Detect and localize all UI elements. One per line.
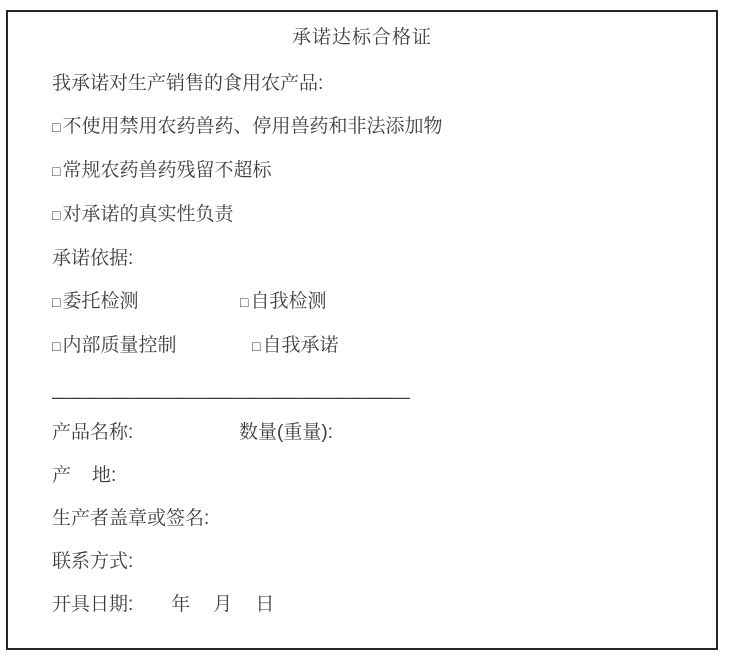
commitment-label: 不使用禁用农药兽药、停用兽药和非法添加物 <box>62 116 442 137</box>
certificate-page: 承诺达标合格证 我承诺对生产销售的食用农产品: □不使用禁用农药兽药、停用兽药和… <box>6 10 718 650</box>
commitment-label: 对承诺的真实性负责 <box>62 204 233 225</box>
basis-row: □内部质量控制□自我承诺 <box>52 336 696 356</box>
checkbox-icon: □ <box>252 338 260 354</box>
intro-line: 我承诺对生产销售的食用农产品: <box>52 74 696 93</box>
basis-option: □委托检测 <box>52 292 240 312</box>
contact-label: 联系方式: <box>52 552 696 571</box>
commitment-item: □不使用禁用农药兽药、停用兽药和非法添加物 <box>52 117 696 137</box>
basis-option-label: 内部质量控制 <box>62 335 176 356</box>
basis-option: □自我检测 <box>240 291 326 312</box>
basis-option-label: 委托检测 <box>62 291 138 312</box>
basis-heading: 承诺依据: <box>52 249 696 268</box>
page-title: 承诺达标合格证 <box>8 28 716 47</box>
day-label: 日 <box>255 594 274 615</box>
basis-option: □内部质量控制 <box>52 336 252 356</box>
signature-rule: ________________________________________ <box>52 380 410 399</box>
checkbox-icon: □ <box>52 207 60 223</box>
year-label: 年 <box>171 594 190 615</box>
producer-label: 生产者盖章或签名: <box>52 509 696 528</box>
commitment-label: 常规农药兽药残留不超标 <box>62 160 271 181</box>
origin-label-part2: 地: <box>92 465 116 486</box>
basis-option-label: 自我承诺 <box>262 335 338 356</box>
issue-date-label: 开具日期: <box>52 594 133 615</box>
commitment-item: □对承诺的真实性负责 <box>52 205 696 225</box>
commitment-item: □常规农药兽药残留不超标 <box>52 161 696 181</box>
basis-row: □委托检测□自我检测 <box>52 292 696 312</box>
origin-label-part1: 产 <box>52 465 71 486</box>
checkbox-icon: □ <box>240 294 248 310</box>
basis-option-label: 自我检测 <box>250 291 326 312</box>
checkbox-icon: □ <box>52 119 60 135</box>
basis-option: □自我承诺 <box>252 335 338 356</box>
origin-row: 产地: <box>52 466 696 485</box>
checkbox-icon: □ <box>52 338 60 354</box>
product-name-label: 产品名称: <box>52 423 239 442</box>
product-row: 产品名称:数量(重量): <box>52 423 696 442</box>
quantity-label: 数量(重量): <box>239 422 333 443</box>
checkbox-icon: □ <box>52 163 60 179</box>
month-label: 月 <box>213 594 232 615</box>
checkbox-icon: □ <box>52 294 60 310</box>
issue-date-row: 开具日期:年月日 <box>52 595 696 614</box>
